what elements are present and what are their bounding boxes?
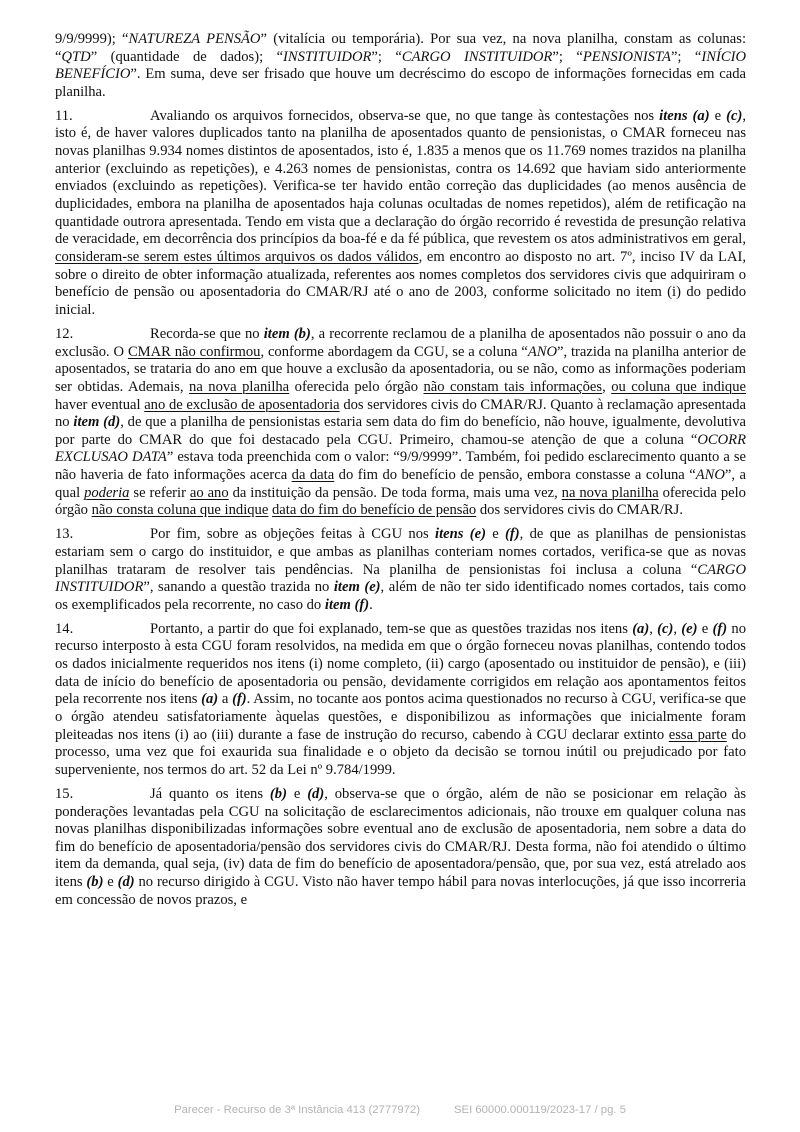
footer-process-label: SEI 60000.000119/2023-17 / pg. 5 bbox=[454, 1104, 626, 1116]
body-text: ”; “ bbox=[552, 49, 582, 65]
underlined-emphasis: consideram-se serem estes últimos arquiv… bbox=[55, 249, 419, 265]
paragraph-12: 12.Recorda-se que no item (b), a recorre… bbox=[55, 326, 746, 520]
paragraph-15: 15.Já quanto os itens (b) e (d), observa… bbox=[55, 786, 746, 910]
paragraph-number: 14. bbox=[55, 621, 150, 639]
italic-term: PENSIONISTA bbox=[583, 49, 671, 65]
body-text: ”; “ bbox=[671, 49, 701, 65]
item-reference: item (e) bbox=[334, 579, 381, 595]
body-text: ”. Em suma, deve ser frisado que houve u… bbox=[55, 66, 746, 100]
item-reference: (a) bbox=[201, 691, 218, 707]
underlined-emphasis: CMAR não confirmou bbox=[128, 344, 261, 360]
body-text: Recorda-se que no bbox=[150, 326, 264, 342]
body-text: se referir bbox=[129, 485, 189, 501]
italic-term: ANO bbox=[528, 344, 557, 360]
italic-term: ANO bbox=[696, 467, 725, 483]
body-text: Já quanto os itens bbox=[150, 786, 270, 802]
item-reference: (f) bbox=[505, 526, 520, 542]
body-text: no recurso dirigido à CGU. Visto não hav… bbox=[55, 874, 746, 908]
body-text: oferecida pelo órgão bbox=[289, 379, 423, 395]
underlined-emphasis: ou coluna que indique bbox=[611, 379, 746, 395]
paragraph-11: 11.Avaliando os arquivos fornecidos, obs… bbox=[55, 108, 746, 320]
body-text: , bbox=[602, 379, 611, 395]
body-text: . bbox=[369, 597, 373, 613]
item-reference: (c) bbox=[726, 108, 742, 124]
paragraph-13: 13.Por fim, sobre as objeções feitas à C… bbox=[55, 526, 746, 614]
item-reference: (d) bbox=[118, 874, 135, 890]
body-text: da instituição da pensão. De toda forma,… bbox=[229, 485, 562, 501]
italic-term: QTD bbox=[61, 49, 90, 65]
body-text: ”, sanando a questão trazida no bbox=[143, 579, 333, 595]
item-reference: (a) bbox=[632, 621, 649, 637]
underlined-emphasis: essa parte bbox=[669, 727, 727, 743]
paragraph-14: 14.Portanto, a partir do que foi explana… bbox=[55, 621, 746, 780]
body-text: ”; “ bbox=[371, 49, 401, 65]
body-text: e bbox=[287, 786, 307, 802]
item-reference: itens (a) bbox=[659, 108, 709, 124]
underlined-emphasis: data do fim do benefício de pensão bbox=[272, 502, 476, 518]
item-reference: item (b) bbox=[264, 326, 311, 342]
underlined-emphasis: ano de exclusão de aposentadoria bbox=[144, 397, 339, 413]
body-text: do fim do benefício de pensão, embora co… bbox=[334, 467, 696, 483]
body-text: e bbox=[486, 526, 505, 542]
paragraph-number: 12. bbox=[55, 326, 150, 344]
body-text: , isto é, de haver valores duplicados ta… bbox=[55, 108, 746, 248]
item-reference: (c) bbox=[657, 621, 673, 637]
body-text: e bbox=[698, 621, 713, 637]
body-text: Avaliando os arquivos fornecidos, observ… bbox=[150, 108, 659, 124]
underlined-emphasis: ao ano bbox=[190, 485, 229, 501]
item-reference: (d) bbox=[307, 786, 324, 802]
underlined-emphasis: na nova planilha bbox=[562, 485, 659, 501]
item-reference: itens (e) bbox=[435, 526, 486, 542]
item-reference: (f) bbox=[713, 621, 728, 637]
italic-term: CARGO INSTITUIDOR bbox=[402, 49, 552, 65]
item-reference: (b) bbox=[270, 786, 287, 802]
italic-term: NATUREZA PENSÃO bbox=[129, 31, 261, 47]
item-reference: item (f) bbox=[325, 597, 369, 613]
body-text: Por fim, sobre as objeções feitas à CGU … bbox=[150, 526, 435, 542]
body-text: ” (quantidade de dados); “ bbox=[91, 49, 283, 65]
footer-document-label: Parecer - Recurso de 3ª Instância 413 (2… bbox=[174, 1104, 420, 1116]
item-reference: (f) bbox=[232, 691, 247, 707]
paragraph-number: 13. bbox=[55, 526, 150, 544]
page-footer: Parecer - Recurso de 3ª Instância 413 (2… bbox=[0, 1104, 800, 1116]
body-text: 9/9/9999); “ bbox=[55, 31, 129, 47]
underlined-emphasis: na nova planilha bbox=[189, 379, 289, 395]
item-reference: (e) bbox=[681, 621, 697, 637]
body-text: haver eventual bbox=[55, 397, 144, 413]
paragraph-continuation: 9/9/9999); “NATUREZA PENSÃO” (vitalícia … bbox=[55, 31, 746, 102]
body-text: e bbox=[710, 108, 727, 124]
italic-term: INSTITUIDOR bbox=[283, 49, 371, 65]
underlined-emphasis: não constam tais informações bbox=[423, 379, 602, 395]
paragraph-number: 15. bbox=[55, 786, 150, 804]
underlined-emphasis: poderia bbox=[84, 485, 129, 501]
body-text: e bbox=[103, 874, 117, 890]
underlined-emphasis: não consta coluna que indique bbox=[92, 502, 269, 518]
underlined-emphasis: da data bbox=[292, 467, 335, 483]
item-reference: item (d) bbox=[73, 414, 120, 430]
document-body: 9/9/9999); “NATUREZA PENSÃO” (vitalícia … bbox=[55, 31, 746, 916]
body-text: a bbox=[218, 691, 232, 707]
body-text: Portanto, a partir do que foi explanado,… bbox=[150, 621, 632, 637]
body-text: , de que a planilha de pensionistas esta… bbox=[55, 414, 746, 448]
item-reference: (b) bbox=[86, 874, 103, 890]
body-text: dos servidores civis do CMAR/RJ. bbox=[476, 502, 683, 518]
body-text: , bbox=[649, 621, 657, 637]
body-text: , conforme abordagem da CGU, se a coluna… bbox=[260, 344, 527, 360]
paragraph-number: 11. bbox=[55, 108, 150, 126]
